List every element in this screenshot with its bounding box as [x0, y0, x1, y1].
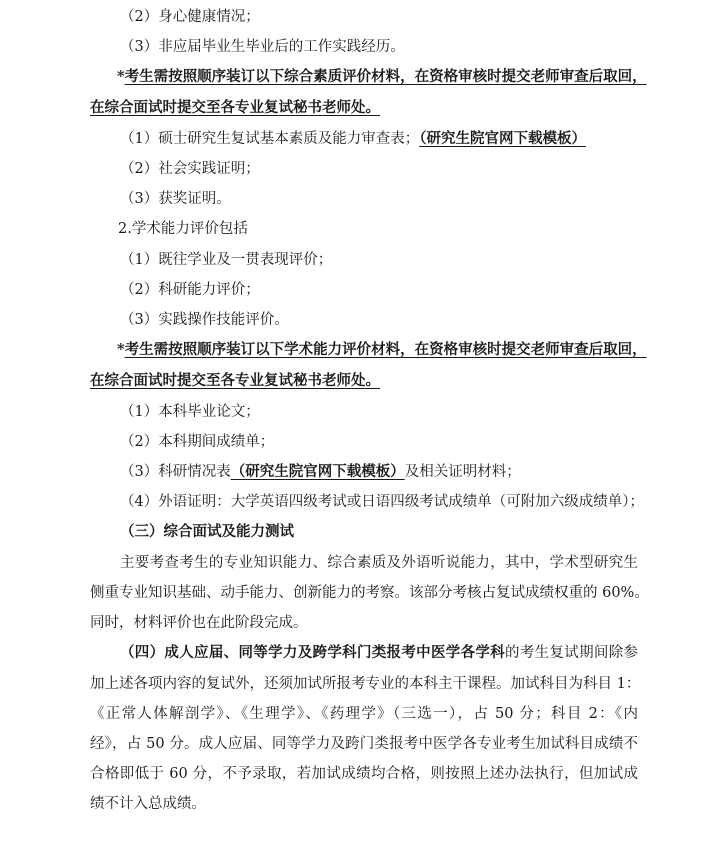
language-cert-item: （4）外语证明：大学英语四级考试或日语四级考试成绩单（可附加六级成绩单）；	[120, 492, 668, 512]
text: （3）非应届毕业生毕业后的工作实践经历。	[120, 39, 405, 55]
text: （1）既往学业及一贯表现评价；	[120, 252, 332, 268]
text: 《正常人体解剖学》、《生理学》、《药理学》（三选一），占 50 分；科目 2：《…	[90, 706, 638, 722]
text: 加上述各项内容的复试外，还须加试所报考专业的本科主干课程。加试科目为科目 1：	[90, 676, 640, 692]
section-4-title: （四）成人应届、同等学力及跨学科门类报考中医学各学科	[120, 644, 505, 661]
text: （2）身心健康情况；	[120, 9, 260, 25]
text: 2.学术能力评价包括	[118, 221, 248, 237]
text: 主要考查考生的专业知识能力、综合素质及外语听说能力，其中，学术型研究生	[120, 555, 638, 571]
text: 侧重专业知识基础、动手能力、创新能力的考察。该部分考核占复试成绩权重的 60%。	[90, 585, 649, 601]
text: 的考生复试期间除参	[505, 645, 638, 661]
academic-eval-heading: 2.学术能力评价包括	[118, 219, 666, 239]
thesis-item: （1）本科毕业论文；	[120, 402, 668, 422]
section-3-para-line: 同时，材料评价也在此阶段完成。	[90, 613, 638, 633]
asterisk: *	[117, 68, 125, 85]
research-ability-item: （2）科研能力评价；	[120, 280, 668, 300]
academic-materials-notice: *考生需按照顺序装订以下学术能力评价材料，在资格审核时提交老师审查后取回，	[117, 340, 665, 360]
section-4-para-line: 《正常人体解剖学》、《生理学》、《药理学》（三选一），占 50 分；科目 2：《…	[90, 704, 638, 724]
quality-materials-notice-cont: 在综合面试时提交至各专业复试秘书老师处。	[90, 98, 638, 118]
transcript-item: （2）本科期间成绩单；	[120, 432, 668, 452]
text: （3）获奖证明。	[120, 191, 231, 207]
notice-text: 在综合面试时提交至各专业复试秘书老师处。	[90, 99, 380, 116]
notice-text: 在综合面试时提交至各专业复试秘书老师处。	[90, 372, 380, 389]
quality-materials-notice: *考生需按照顺序装订以下综合素质评价材料，在资格审核时提交老师审查后取回，	[117, 67, 665, 87]
review-form-item: （1）硕士研究生复试基本素质及能力审查表；（研究生院官网下载模板）	[120, 129, 668, 149]
research-form-item: （3）科研情况表（研究生院官网下载模板）及相关证明材料；	[120, 462, 668, 482]
text: （3）科研情况表	[120, 464, 231, 480]
section-3-para-line: 侧重专业知识基础、动手能力、创新能力的考察。该部分考核占复试成绩权重的 60%。	[90, 583, 638, 603]
health-status-item: （2）身心健康情况；	[120, 7, 668, 27]
download-template-link[interactable]: （研究生院官网下载模板）	[419, 130, 586, 147]
section-4-heading-line: （四）成人应届、同等学力及跨学科门类报考中医学各学科的考生复试期间除参	[120, 643, 638, 663]
text: （4）外语证明：大学英语四级考试或日语四级考试成绩单（可附加六级成绩单）；	[120, 494, 644, 510]
section-4-para-line: 合格即低于 60 分，不予录取，若加试成绩均合格，则按照上述办法执行，但加试成	[90, 764, 638, 784]
section-4-para-line: 经》，占 50 分。成人应届、同等学力及跨门类报考中医学各专业考生加试科目成绩不	[90, 734, 638, 754]
work-experience-item: （3）非应届毕业生毕业后的工作实践经历。	[120, 37, 668, 57]
section-3-para-line: 主要考查考生的专业知识能力、综合素质及外语听说能力，其中，学术型研究生	[120, 553, 638, 573]
practical-skill-item: （3）实践操作技能评价。	[120, 310, 668, 330]
asterisk: *	[117, 341, 125, 358]
text: 绩不计入总成绩。	[90, 796, 206, 812]
section-4-para-line: 加上述各项内容的复试外，还须加试所报考专业的本科主干课程。加试科目为科目 1：	[90, 674, 638, 694]
text: （2）科研能力评价；	[120, 282, 260, 298]
text: 经》，占 50 分。成人应届、同等学力及跨门类报考中医学各专业考生加试科目成绩不	[90, 736, 638, 752]
text: （3）实践操作技能评价。	[120, 312, 289, 328]
text: （2）本科期间成绩单；	[120, 434, 274, 450]
text: 及相关证明材料；	[405, 464, 521, 480]
download-template-link[interactable]: （研究生院官网下载模板）	[231, 463, 405, 480]
text: （1）本科毕业论文；	[120, 404, 260, 420]
academic-materials-notice-cont: 在综合面试时提交至各专业复试秘书老师处。	[90, 371, 638, 391]
text: （三）综合面试及能力测试	[120, 523, 294, 540]
section-4-para-line: 绩不计入总成绩。	[90, 794, 638, 814]
notice-text: 考生需按照顺序装订以下综合素质评价材料，在资格审核时提交老师审查后取回，	[125, 68, 647, 85]
text: （2）社会实践证明；	[120, 161, 260, 177]
text: 同时，材料评价也在此阶段完成。	[90, 615, 308, 631]
award-item: （3）获奖证明。	[120, 189, 668, 209]
notice-text: 考生需按照顺序装订以下学术能力评价材料，在资格审核时提交老师审查后取回，	[125, 341, 647, 358]
text: （1）硕士研究生复试基本素质及能力审查表；	[120, 131, 419, 147]
academic-record-item: （1）既往学业及一贯表现评价；	[120, 250, 668, 270]
text: 合格即低于 60 分，不予录取，若加试成绩均合格，则按照上述办法执行，但加试成	[90, 766, 638, 782]
social-practice-item: （2）社会实践证明；	[120, 159, 668, 179]
section-3-heading: （三）综合面试及能力测试	[120, 522, 668, 542]
